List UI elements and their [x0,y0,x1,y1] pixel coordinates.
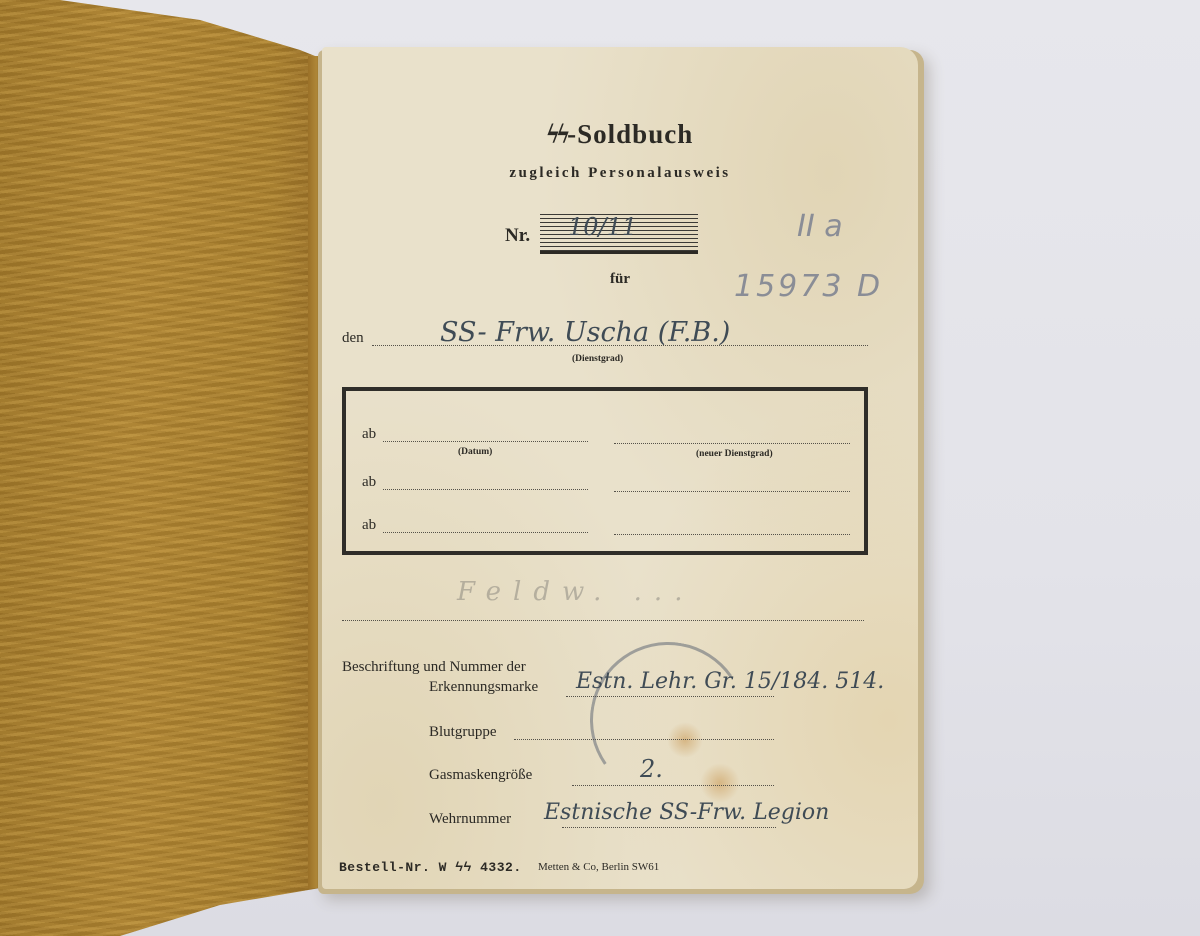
service-number-label: Wehrnummer [429,811,511,828]
page-subtitle: zugleich Personalausweis [322,165,918,182]
id-tag-label-1: Beschriftung und Nummer der [342,659,526,676]
blood-group-label: Blutgruppe [429,724,497,741]
rank-value: SS- Frw. Uscha (F.B.) [440,317,730,348]
promotion-row-2-date-line [383,489,588,490]
id-tag-line [566,696,774,697]
gas-mask-line [572,785,774,786]
blood-group-line [514,739,774,740]
signature-line [342,620,864,621]
soldbuch-page: ϟϟ-Soldbuch zugleich Personalausweis Nr.… [322,47,918,889]
new-rank-caption: (neuer Dienstgrad) [696,449,773,459]
stain [700,763,740,803]
id-tag-label-2: Erkennungsmarke [429,679,538,696]
for-label: für [322,271,918,288]
promotion-box: ab (Datum) (neuer Dienstgrad) ab ab [342,387,868,555]
promotion-row-2-rank-line [614,491,850,492]
ss-rune-icon: ϟϟ [547,119,567,149]
promotion-row-3-date-line [383,532,588,533]
promotion-row-3-label: ab [362,517,376,534]
promotion-row-1-rank-line [614,443,850,444]
number-label: Nr. [505,225,530,247]
promotion-row-3-rank-line [614,534,850,535]
date-caption: (Datum) [458,447,492,457]
number-value: 10/11 [568,213,637,241]
publisher: Metten & Co, Berlin SW61 [538,861,659,873]
page-title: ϟϟ-Soldbuch [322,119,918,150]
rank-prefix: den [342,330,364,347]
service-number-value: Estnische SS-Frw. Legion [544,800,829,825]
gas-mask-label: Gasmaskengröße [429,767,532,784]
promotion-row-1-label: ab [362,426,376,443]
faded-signature: Feldw. ... [457,577,694,607]
id-tag-value: Estn. Lehr. Gr. 15/184. 514. [576,669,884,694]
promotion-row-2-label: ab [362,474,376,491]
pencil-note-1: II a [797,209,843,244]
order-number: Bestell-Nr. W ϟϟ 4332. [339,860,522,875]
rank-caption: (Dienstgrad) [572,354,623,364]
stain [667,722,703,758]
promotion-row-1-date-line [383,441,588,442]
gas-mask-value: 2. [640,755,663,783]
book-cover [0,0,320,936]
service-number-line [562,827,776,828]
